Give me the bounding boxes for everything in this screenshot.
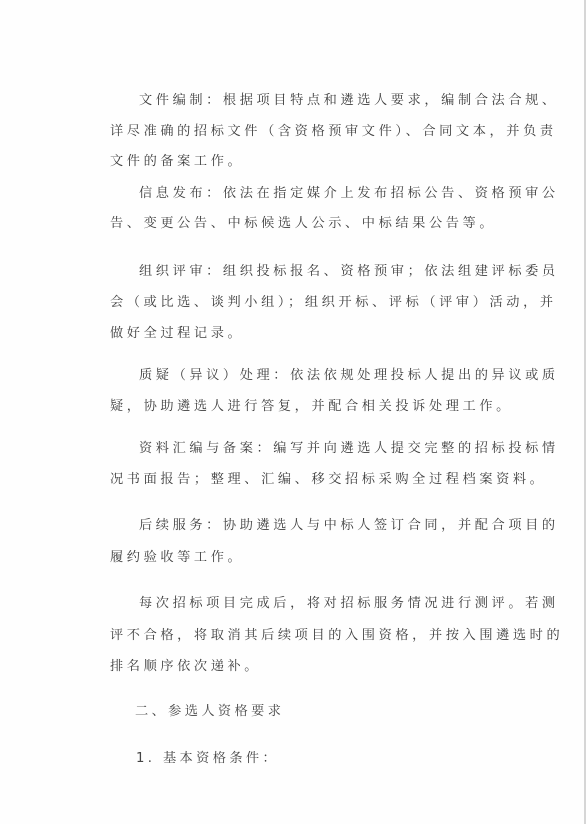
document-page: 文件编制：根据项目特点和遴选人要求，编制合法合规、 详尽准确的招标文件（含资格预…	[0, 0, 586, 824]
paragraph-evaluation-line-2: 评不合格，将取消其后续项目的入围资格，并按入围遴选时的	[110, 627, 563, 645]
paragraph-followup-line-2: 履约验收等工作。	[110, 549, 244, 567]
paragraph-file-preparation-line-2: 详尽准确的招标文件（含资格预审文件）、合同文本，并负责	[110, 123, 557, 141]
paragraph-objection-line-2: 疑，协助遴选人进行答复，并配合相关投诉处理工作。	[110, 398, 513, 416]
paragraph-evaluation-line-1: 每次招标项目完成后，将对招标服务情况进行测评。若测	[139, 595, 559, 613]
paragraph-evaluation-line-3: 排名顺序依次递补。	[110, 658, 261, 676]
section-heading: 二、参选人资格要求	[135, 703, 284, 721]
paragraph-info-release-line-2: 告、变更公告、中标候选人公示、中标结果公告等。	[110, 215, 496, 233]
paragraph-review-line-3: 做好全过程记录。	[110, 325, 244, 343]
paragraph-archive-line-1: 资料汇编与备案：编写并向遴选人提交完整的招标投标情	[139, 440, 559, 458]
paragraph-review-line-1: 组织评审：组织投标报名、资格预审；依法组建评标委员	[139, 263, 559, 281]
paragraph-followup-line-1: 后续服务：协助遴选人与中标人签订合同，并配合项目的	[139, 517, 559, 535]
paragraph-archive-line-2: 况书面报告；整理、汇编、移交招标采购全过程档案资料。	[110, 471, 546, 489]
subsection-heading: 1. 基本资格条件：	[136, 750, 279, 768]
paragraph-info-release-line-1: 信息发布：依法在指定媒介上发布招标公告、资格预审公	[139, 185, 559, 203]
paragraph-review-line-2: 会（或比选、谈判小组）；组织开标、评标（评审）活动，并	[110, 294, 557, 312]
paragraph-file-preparation-line-3: 文件的备案工作。	[110, 153, 244, 171]
paragraph-file-preparation-line-1: 文件编制：根据项目特点和遴选人要求，编制合法合规、	[139, 92, 559, 110]
paragraph-objection-line-1: 质疑（异议）处理：依法依规处理投标人提出的异议或质	[139, 367, 559, 385]
